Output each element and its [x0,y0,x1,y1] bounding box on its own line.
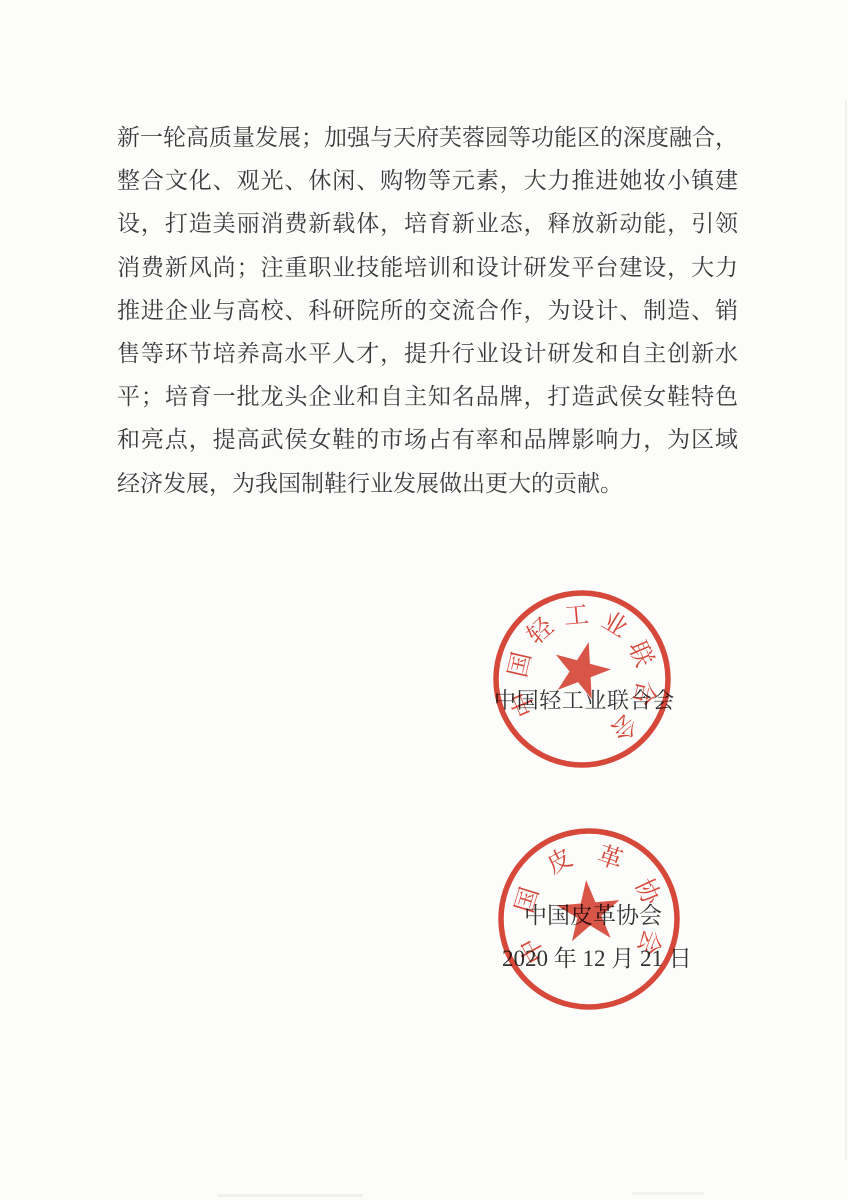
seal-char: 皮 [542,843,577,879]
paragraph-line: 和亮点，提高武侯女鞋的市场占有率和品牌影响力，为区域 [117,418,738,461]
scan-artifact [218,1194,363,1197]
signature-date: 2020 年 12 月 21 日 [502,940,692,973]
seal-char: 轻 [522,612,560,650]
paragraph-line: 平；培育一批龙头企业和自主知名品牌，打造武侯女鞋特色 [117,375,738,418]
seal-char: 工 [563,602,590,631]
seal-char: 联 [623,637,659,671]
china-light-industry-council-seal-stamp: 中 国 轻 工 业 联 合 会 [472,569,692,789]
seal-char: 业 [597,607,632,643]
seal-char: 国 [505,650,537,680]
body-paragraph: 新一轮高质量发展；加强与天府芙蓉园等功能区的深度融合， 整合文化、观光、休闲、购… [117,116,738,505]
scanned-document-page: 新一轮高质量发展；加强与天府芙蓉园等功能区的深度融合， 整合文化、观光、休闲、购… [0,0,848,1200]
paragraph-line: 设，打造美丽消费新载体，培育新业态，释放新动能，引领 [117,202,738,245]
signature-org-name-light-industry: 中国轻工业联合会 [494,684,675,715]
paragraph-line: 消费新风尚；注重职业技能培训和设计研发平台建设，大力 [117,246,738,289]
signature-org-name-leather-association: 中国皮革协会 [524,897,662,930]
paragraph-line: 推进企业与高校、科研院所的交流合作，为设计、制造、销 [117,289,738,332]
paragraph-line: 新一轮高质量发展；加强与天府芙蓉园等功能区的深度融合， [117,116,738,159]
scan-artifact [845,100,847,1160]
paragraph-line: 整合文化、观光、休闲、购物等元素，大力推进她妆小镇建 [117,159,738,202]
seal-char: 革 [594,841,627,876]
paragraph-line: 售等环节培养高水平人才，提升行业设计研发和自主创新水 [117,332,738,375]
scan-artifact [632,1192,704,1195]
paragraph-line: 经济发展，为我国制鞋行业发展做出更大的贡献。 [117,462,738,505]
